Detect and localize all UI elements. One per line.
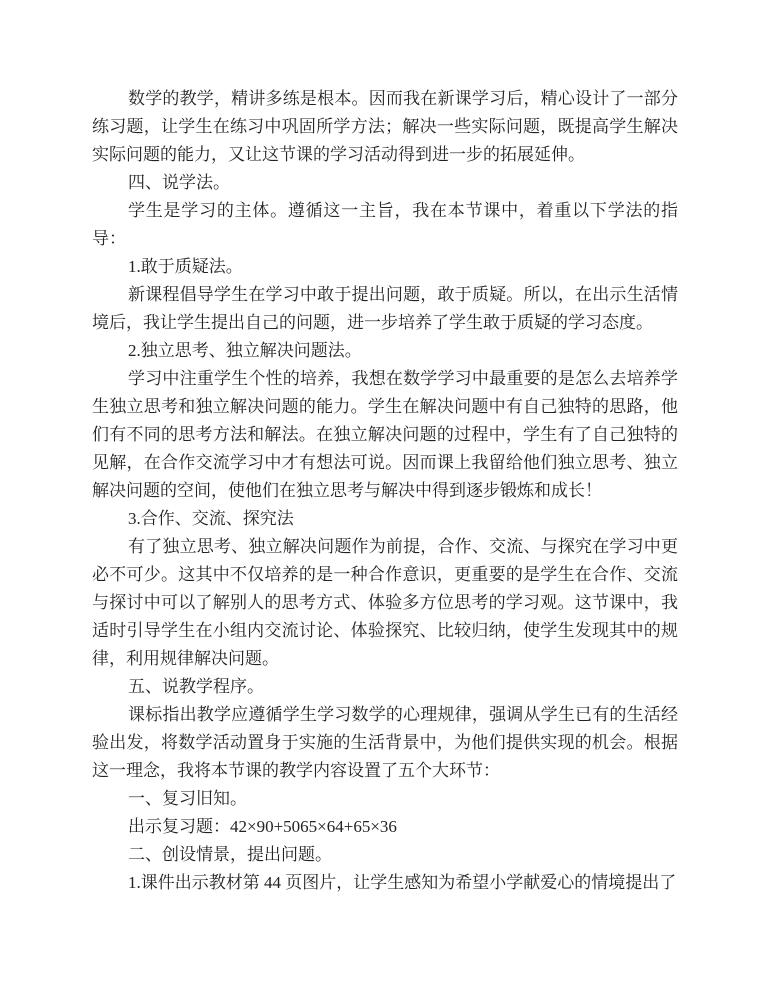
paragraph-method-1-detail: 新课程倡导学生在学习中敢于提出问题，敢于质疑。所以，在出示生活情境后，我让学生提… bbox=[92, 281, 678, 337]
heading-method-2-independent-thinking: 2.独立思考、独立解决问题法。 bbox=[92, 337, 678, 365]
paragraph-method-3-detail: 有了独立思考、独立解决问题作为前提，合作、交流、与探究在学习中更必不可少。这其中… bbox=[92, 533, 678, 673]
heading-method-1-questioning: 1.敢于质疑法。 bbox=[92, 253, 678, 281]
paragraph-review-exercise: 出示复习题：42×90+5065×64+65×36 bbox=[92, 813, 678, 841]
paragraph-method-2-detail: 学习中注重学生个性的培养，我想在数学学习中最重要的是怎么去培养学生独立思考和独立… bbox=[92, 365, 678, 505]
heading-step-2-scenario: 二、创设情景，提出问题。 bbox=[92, 841, 678, 869]
heading-method-3-cooperation: 3.合作、交流、探究法 bbox=[92, 505, 678, 533]
paragraph-step-2-courseware: 1.课件出示教材第 44 页图片，让学生感知为希望小学献爱心的情境提出了 bbox=[92, 869, 678, 897]
heading-section-5-teaching-procedure: 五、说教学程序。 bbox=[92, 673, 678, 701]
heading-section-4-study-methods: 四、说学法。 bbox=[92, 169, 678, 197]
document-page: 数学的教学，精讲多练是根本。因而我在新课学习后，精心设计了一部分练习题，让学生在… bbox=[0, 0, 770, 1000]
heading-step-1-review: 一、复习旧知。 bbox=[92, 785, 678, 813]
paragraph-study-methods-intro: 学生是学习的主体。遵循这一主旨，我在本节课中，着重以下学法的指导： bbox=[92, 197, 678, 253]
paragraph-practice-design: 数学的教学，精讲多练是根本。因而我在新课学习后，精心设计了一部分练习题，让学生在… bbox=[92, 85, 678, 169]
document-body: 数学的教学，精讲多练是根本。因而我在新课学习后，精心设计了一部分练习题，让学生在… bbox=[0, 0, 770, 897]
paragraph-teaching-procedure-intro: 课标指出教学应遵循学生学习数学的心理规律，强调从学生已有的生活经验出发，将数学活… bbox=[92, 701, 678, 785]
